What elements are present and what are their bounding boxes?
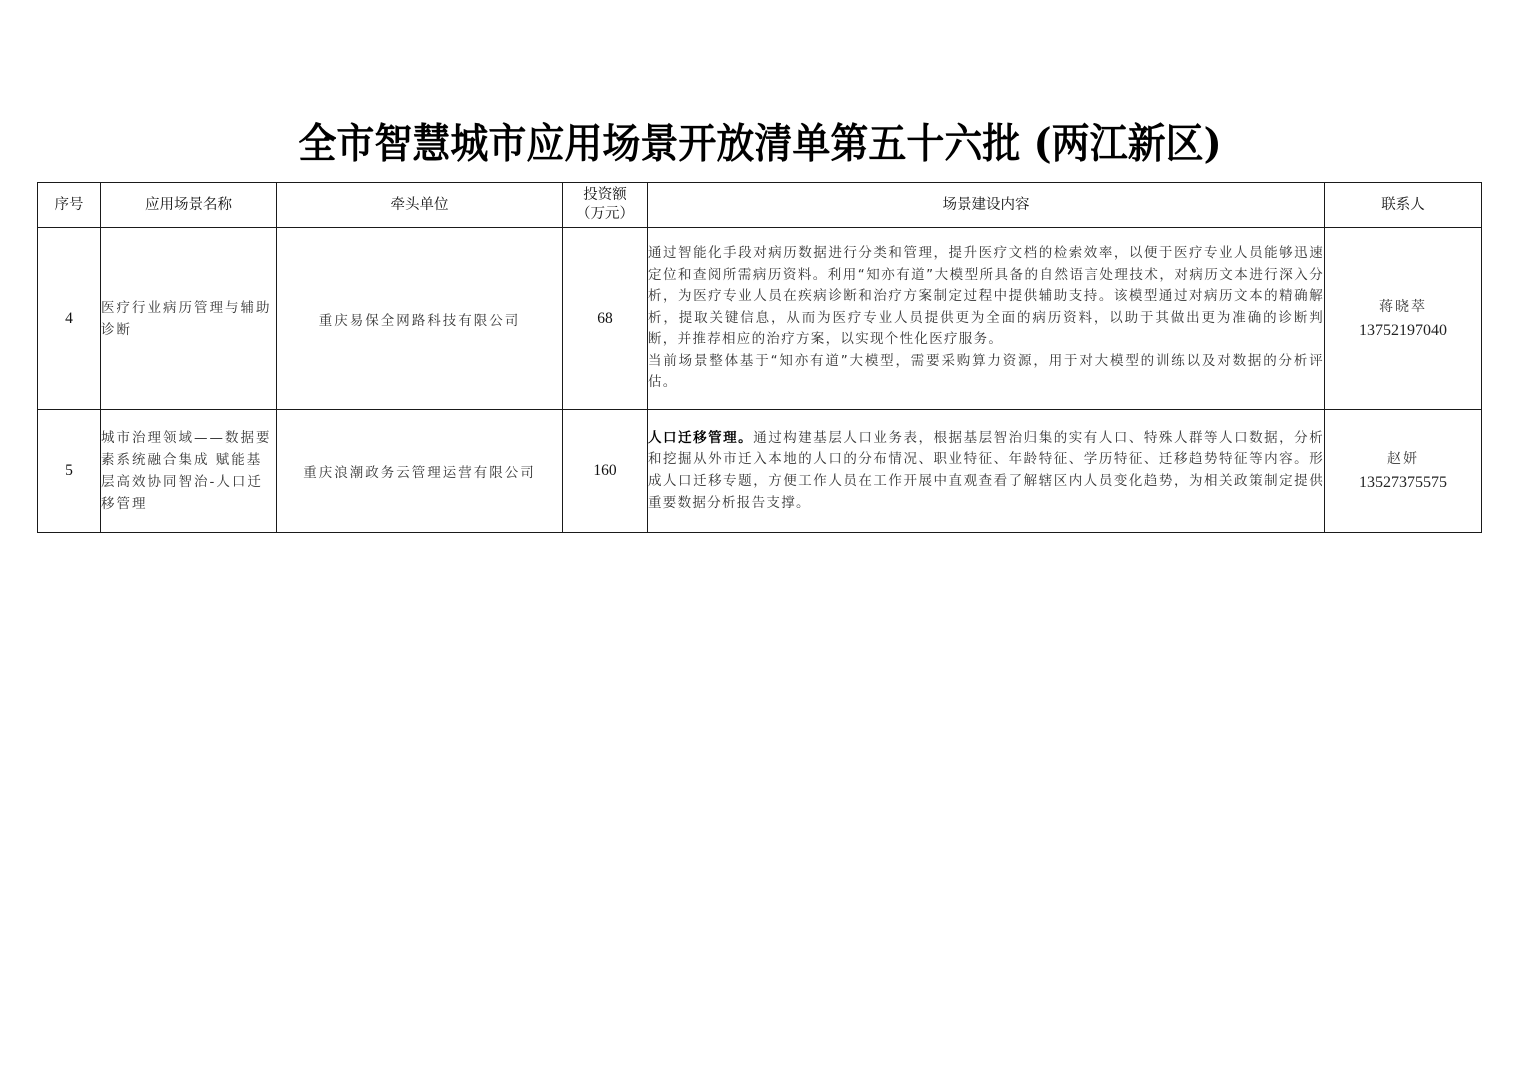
header-investment-label: 投资额 <box>563 186 647 205</box>
header-scenario-name: 应用场景名称 <box>101 183 277 228</box>
row-index: 5 <box>38 410 101 533</box>
contact-cell: 赵妍 13527375575 <box>1325 410 1482 533</box>
contact-name: 蒋晓萃 <box>1325 296 1481 319</box>
lead-unit: 重庆浪潮政务云管理运营有限公司 <box>277 410 563 533</box>
scenario-name: 城市治理领域——数据要素系统融合集成 赋能基层高效协同智治-人口迁移管理 <box>101 410 277 533</box>
scenario-list-table: 序号 应用场景名称 牵头单位 投资额 （万元） 场景建设内容 联系人 4 医疗行… <box>37 182 1482 533</box>
header-investment: 投资额 （万元） <box>563 183 648 228</box>
contact-name: 赵妍 <box>1325 448 1481 471</box>
content-paragraph-1: 通过智能化手段对病历数据进行分类和管理，提升医疗文档的检索效率，以便于医疗专业人… <box>648 243 1324 351</box>
header-contact: 联系人 <box>1325 183 1482 228</box>
lead-unit: 重庆易保全网路科技有限公司 <box>277 228 563 410</box>
table-row: 5 城市治理领域——数据要素系统融合集成 赋能基层高效协同智治-人口迁移管理 重… <box>38 410 1482 533</box>
contact-phone: 13527375575 <box>1325 471 1481 494</box>
header-content: 场景建设内容 <box>648 183 1325 228</box>
document-title: 全市智慧城市应用场景开放清单第五十六批 (两江新区) <box>0 110 1520 169</box>
investment-amount: 68 <box>563 228 648 410</box>
contact-cell: 蒋晓萃 13752197040 <box>1325 228 1482 410</box>
content-paragraph-2: 当前场景整体基于“知亦有道”大模型，需要采购算力资源，用于对大模型的训练以及对数… <box>648 351 1324 394</box>
content-lead-heading: 人口迁移管理。 <box>648 430 753 446</box>
header-lead-unit: 牵头单位 <box>277 183 563 228</box>
table-row: 4 医疗行业病历管理与辅助诊断 重庆易保全网路科技有限公司 68 通过智能化手段… <box>38 228 1482 410</box>
header-index: 序号 <box>38 183 101 228</box>
scenario-content: 通过智能化手段对病历数据进行分类和管理，提升医疗文档的检索效率，以便于医疗专业人… <box>648 228 1325 410</box>
scenario-content: 人口迁移管理。通过构建基层人口业务表，根据基层智治归集的实有人口、特殊人群等人口… <box>648 410 1325 533</box>
row-index: 4 <box>38 228 101 410</box>
table-header-row: 序号 应用场景名称 牵头单位 投资额 （万元） 场景建设内容 联系人 <box>38 183 1482 228</box>
contact-phone: 13752197040 <box>1325 319 1481 342</box>
investment-amount: 160 <box>563 410 648 533</box>
scenario-name: 医疗行业病历管理与辅助诊断 <box>101 228 277 410</box>
header-investment-unit: （万元） <box>563 205 647 224</box>
